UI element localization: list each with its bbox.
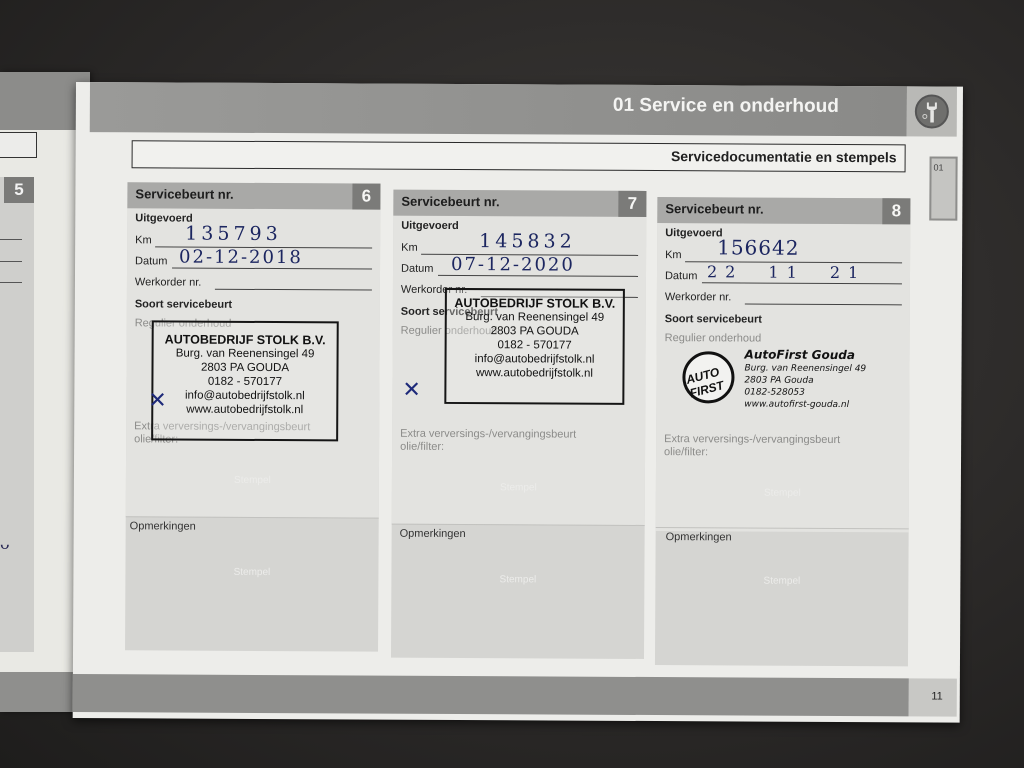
stamp-address: Burg. van Reenensingel 49 [447, 310, 623, 325]
stamp-dealer-name: AUTOBEDRIJF STOLK B.V. [447, 296, 623, 311]
stamp-website: www.autofirst-gouda.nl [744, 400, 849, 411]
date-value: 07-12-2020 [451, 254, 575, 276]
section-title-box: Servicedocumentatie en stempels [132, 140, 906, 172]
card-header-label: Servicebeurt nr. [135, 186, 233, 202]
remarks-label: Opmerkingen [666, 531, 732, 543]
km-label: Km [135, 234, 152, 246]
card-number: 8 [882, 198, 910, 224]
autofirst-logo: AUTO FIRST [682, 351, 734, 403]
km-value: 145832 [479, 230, 576, 253]
card-number: 7 [618, 191, 646, 217]
service-type-label: Soort servicebeurt [135, 298, 232, 311]
performed-label: Uitgevoerd [665, 227, 723, 239]
card-header: Servicebeurt nr. 6 [127, 182, 380, 209]
chapter-icon-tab [907, 86, 957, 136]
card-header: Servicebeurt nr. 7 [393, 190, 646, 217]
oil-filter-label: olie/filter: [400, 441, 444, 453]
left-page-section-box [0, 132, 37, 158]
date-label: Datum [665, 270, 697, 282]
section-title: Servicedocumentatie en stempels [671, 148, 897, 165]
page-number: 11 [931, 690, 942, 702]
card-number: 6 [352, 183, 380, 209]
stamp-placeholder: Stempel [392, 482, 645, 494]
km-value: 135793 [185, 223, 282, 246]
service-card-7: Servicebeurt nr. 7 Uitgevoerd Km 145832 … [391, 190, 646, 659]
logo-text: AUTO FIRST [685, 362, 735, 400]
date-value: 02-12-2018 [179, 247, 303, 269]
wrench-icon [915, 94, 949, 128]
stamp-placeholder: Stempel [125, 566, 378, 578]
card-header: Servicebeurt nr. 8 [657, 197, 910, 224]
left-handwriting-mark: ᴗ [0, 534, 10, 553]
performed-label: Uitgevoerd [401, 220, 459, 232]
stamp-dealer-name: AutoFirst Gouda [745, 348, 855, 363]
stamp-city: 2803 PA GOUDA [153, 360, 336, 375]
work-order-label: Werkorder nr. [665, 291, 731, 303]
page-footer-band [73, 674, 909, 716]
stamp-city: 2803 PA Gouda [744, 376, 813, 386]
remarks-label: Opmerkingen [130, 520, 196, 532]
stamp-phone: 0182-528053 [744, 388, 805, 398]
km-value: 156642 [717, 235, 799, 259]
service-card-8: Servicebeurt nr. 8 Uitgevoerd Km 156642 … [655, 197, 910, 666]
left-field-line [0, 239, 22, 240]
date-value: 22 11 21 [707, 262, 866, 282]
side-tab-label: 01 [934, 162, 944, 172]
divider [126, 516, 379, 518]
chapter-title: 01 Service en onderhoud [613, 95, 839, 118]
stamp-dealer-name: AUTOBEDRIJF STOLK B.V. [154, 332, 337, 347]
page-number-box: 11 [909, 678, 957, 716]
performed-label: Uitgevoerd [135, 212, 193, 224]
oil-filter-label: olie/filter: [664, 446, 708, 458]
dealer-stamp: AUTOBEDRIJF STOLK B.V. Burg. van Reenens… [151, 320, 339, 441]
km-label: Km [401, 242, 418, 254]
service-type-label: Soort servicebeurt [665, 313, 762, 326]
stamp-phone: 0182 - 570177 [153, 374, 336, 389]
remarks-label: Opmerkingen [400, 528, 466, 540]
service-card-6: Servicebeurt nr. 6 Uitgevoerd Km 135793 … [125, 182, 380, 651]
stamp-address: Burg. van Reenensingel 49 [154, 346, 337, 361]
stamp-city: 2803 PA GOUDA [447, 324, 623, 339]
dealer-stamp: AUTOBEDRIJF STOLK B.V. Burg. van Reenens… [444, 288, 625, 405]
stamp-website: www.autobedrijfstolk.nl [446, 366, 622, 381]
stamp-placeholder: Stempel [391, 574, 644, 586]
stamp-website: www.autobedrijfstolk.nl [153, 402, 336, 417]
stamp-address: Burg. van Reenensingel 49 [744, 364, 866, 375]
side-chapter-tab: 01 [929, 156, 957, 220]
card-header-label: Servicebeurt nr. [401, 194, 499, 210]
stamp-placeholder: Stempel [655, 575, 908, 587]
left-page-service-card [0, 177, 34, 652]
signature: ✕ [402, 378, 421, 403]
left-field-line [0, 282, 22, 283]
divider [392, 524, 645, 526]
km-label: Km [665, 249, 682, 261]
stamp-email: info@autobedrijfstolk.nl [447, 352, 623, 367]
date-label: Datum [401, 263, 433, 275]
chapter-header: 01 Service en onderhoud [90, 82, 907, 136]
extra-service-label: Extra verversings-/vervangingsbeurt [664, 433, 840, 446]
card-header-label: Servicebeurt nr. [665, 201, 763, 217]
work-order-label: Werkorder nr. [135, 276, 201, 288]
service-booklet-page: 01 Service en onderhoud Servicedocumenta… [73, 82, 963, 723]
stamp-phone: 0182 - 570177 [447, 338, 623, 353]
date-label: Datum [135, 255, 167, 267]
regular-maintenance-label: Regulier onderhoud [665, 332, 762, 345]
stamp-placeholder: Stempel [126, 474, 379, 486]
extra-service-label: Extra verversings-/vervangingsbeurt [400, 428, 576, 441]
left-card-number: 5 [4, 177, 34, 203]
stamp-placeholder: Stempel [656, 487, 909, 499]
signature: ✕ [148, 388, 167, 413]
left-field-line [0, 261, 22, 262]
stamp-email: info@autobedrijfstolk.nl [153, 388, 336, 403]
